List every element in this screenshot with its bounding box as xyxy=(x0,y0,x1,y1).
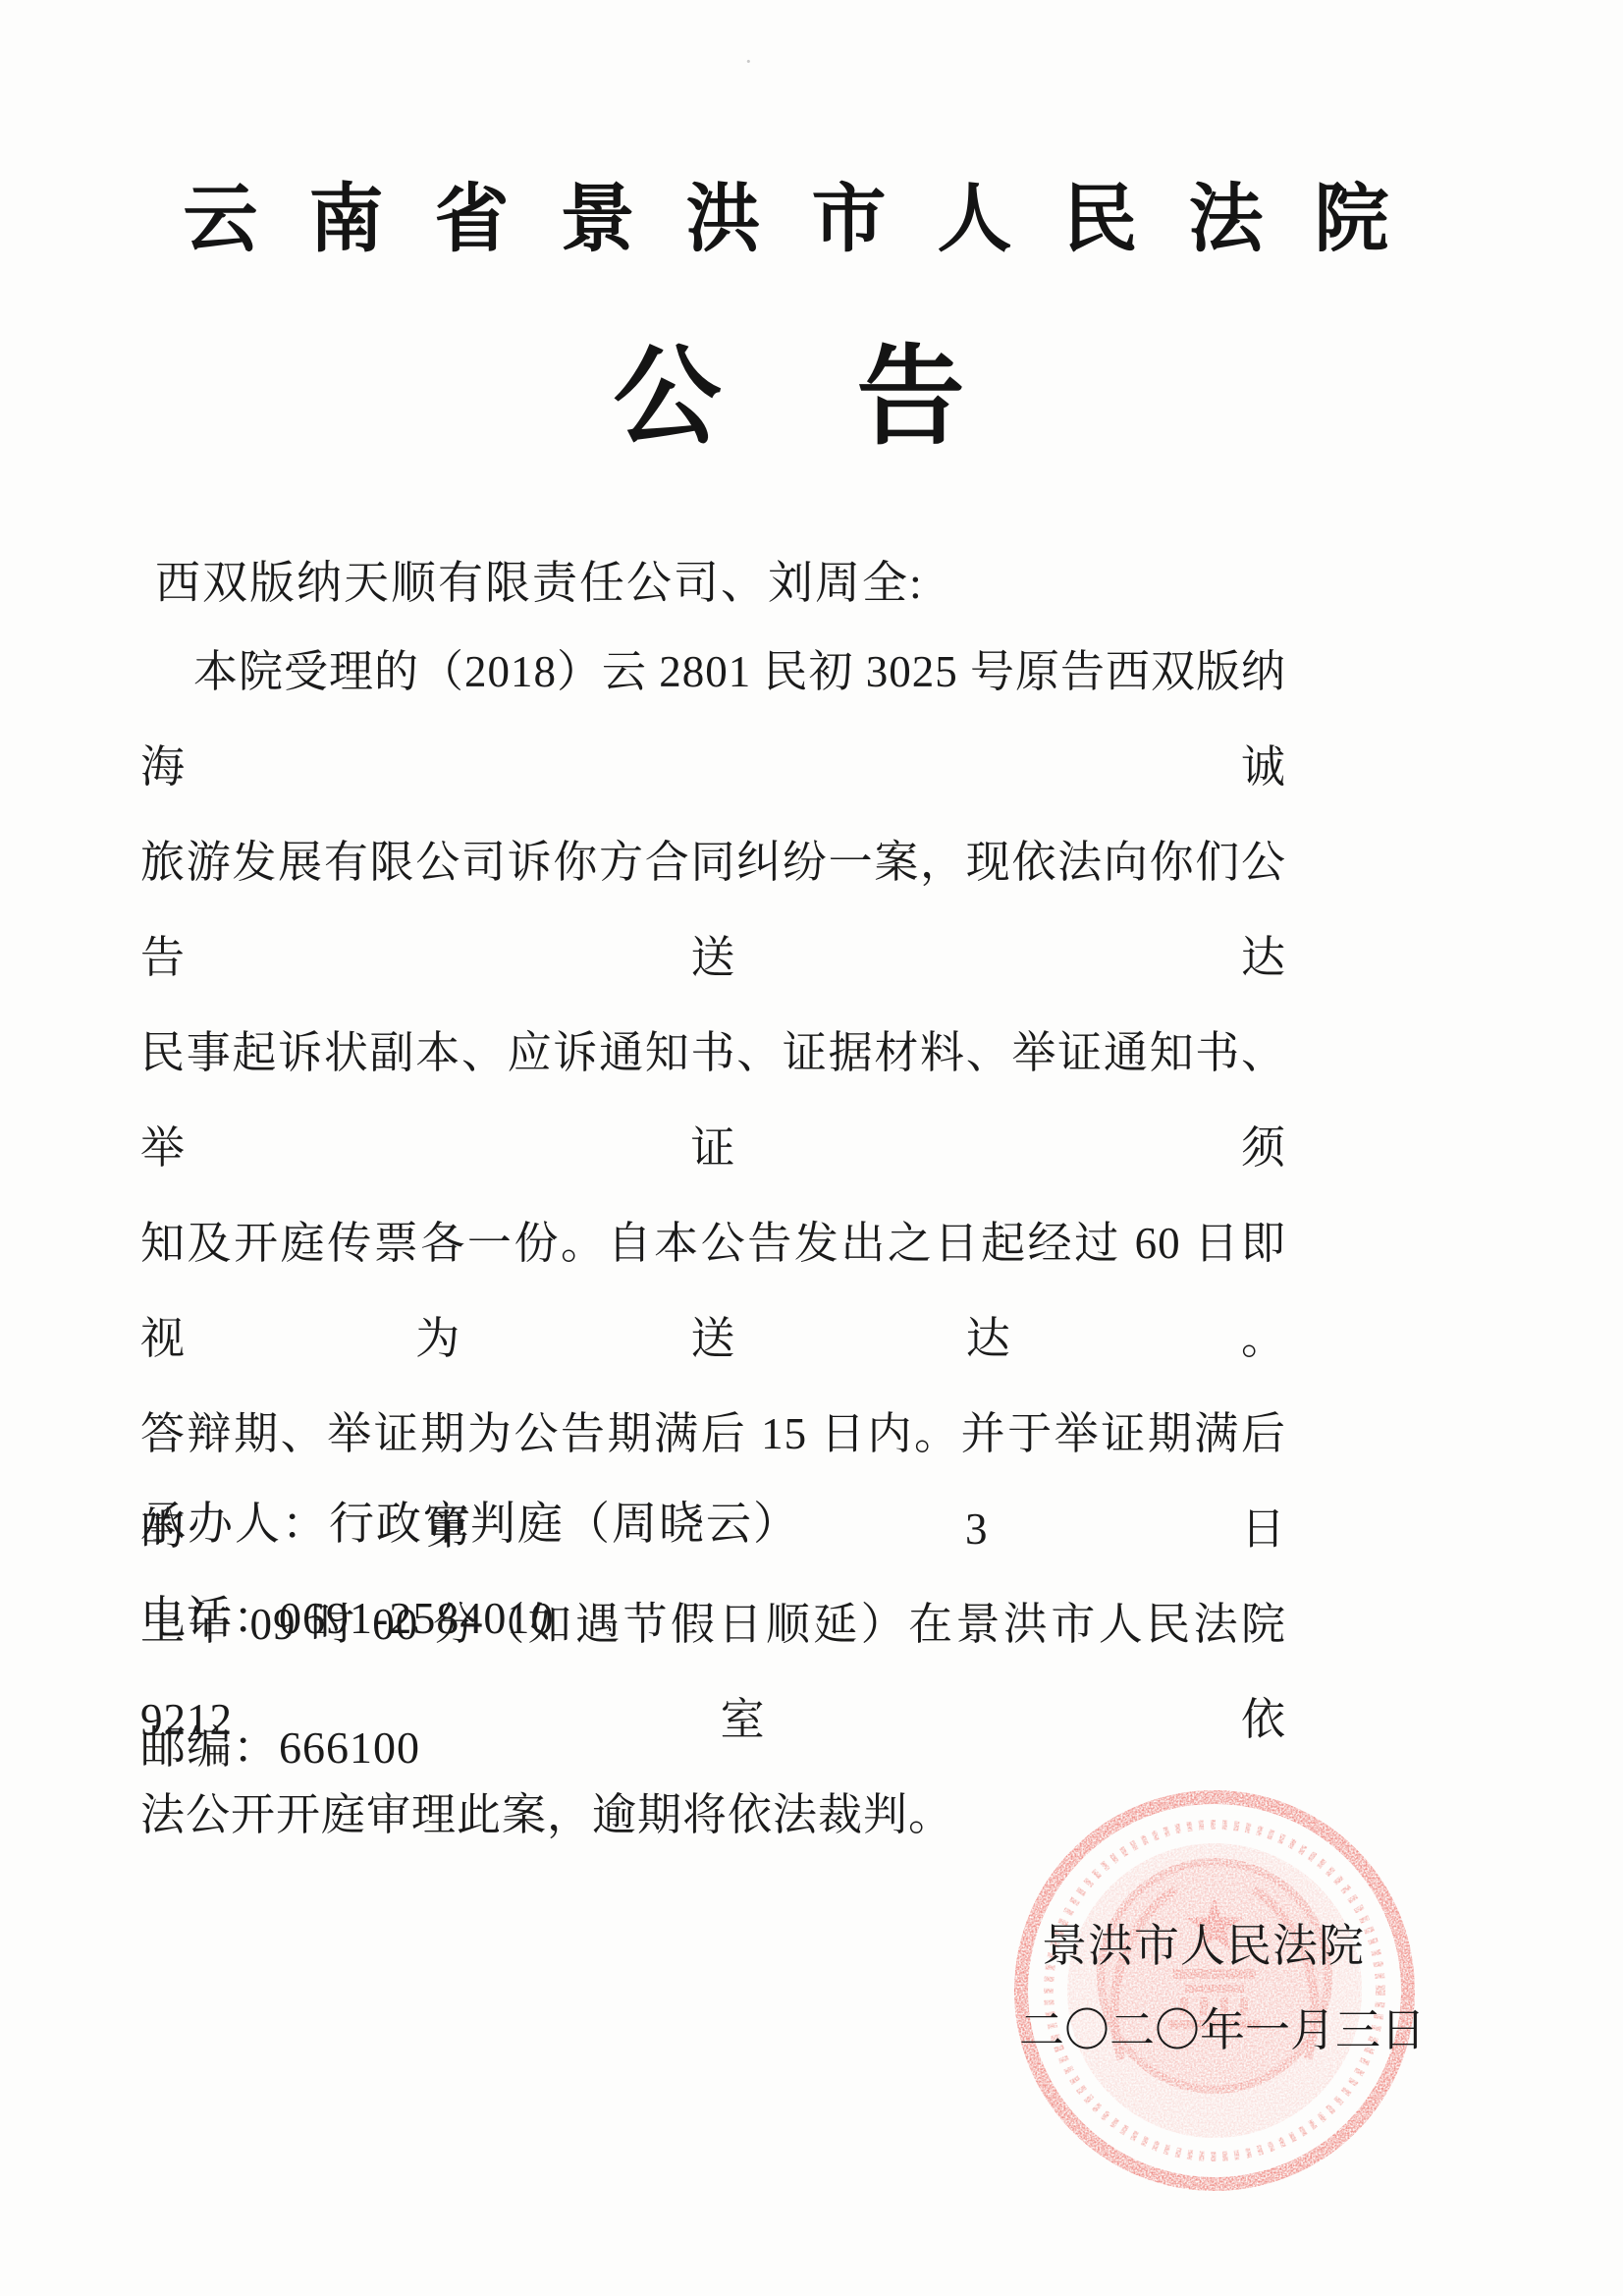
postcode-line: 邮编：666100 xyxy=(140,1721,420,1775)
phone-value: 0691-2584010 xyxy=(279,1593,554,1643)
court-seal-stamp xyxy=(1003,1779,1426,2202)
notice-body: 本院受理的（2018）云 2801 民初 3025 号原告西双版纳海诚 旅游发展… xyxy=(140,625,1286,1863)
scan-artifact-dot: · xyxy=(744,47,753,77)
body-line: 知及开庭传票各一份。自本公告发出之日起经过 60 日即视为送达。 xyxy=(140,1196,1286,1387)
postcode-value: 666100 xyxy=(279,1722,420,1773)
postcode-label: 邮编： xyxy=(140,1722,279,1773)
body-line: 民事起诉状副本、应诉通知书、证据材料、举证通知书、举证须 xyxy=(140,1006,1286,1196)
handler-line: 承办人：行政审判庭（周晓云） xyxy=(140,1497,800,1551)
court-announcement-page: · 云南省景洪市人民法院 公告 西双版纳天顺有限责任公司、刘周全: 本院受理的（… xyxy=(0,0,1623,2296)
handler-label: 承办人： xyxy=(140,1499,329,1549)
signature-court-name: 景洪市人民法院 xyxy=(1042,1919,1365,1973)
phone-label: 电话： xyxy=(140,1593,279,1643)
addressee-line: 西双版纳天顺有限责任公司、刘周全: xyxy=(155,556,924,610)
court-title: 云南省景洪市人民法院 xyxy=(0,179,1623,261)
phone-line: 电话：0691-2584010 xyxy=(140,1591,554,1645)
handler-value: 行政审判庭（周晓云） xyxy=(329,1499,800,1549)
signature-date: 二〇二〇年一月三日 xyxy=(1019,2003,1426,2057)
body-line: 本院受理的（2018）云 2801 民初 3025 号原告西双版纳海诚 xyxy=(140,625,1286,815)
announcement-title: 公告 xyxy=(45,338,1623,457)
body-line: 旅游发展有限公司诉你方合同纠纷一案，现依法向你们公告送达 xyxy=(140,815,1286,1006)
